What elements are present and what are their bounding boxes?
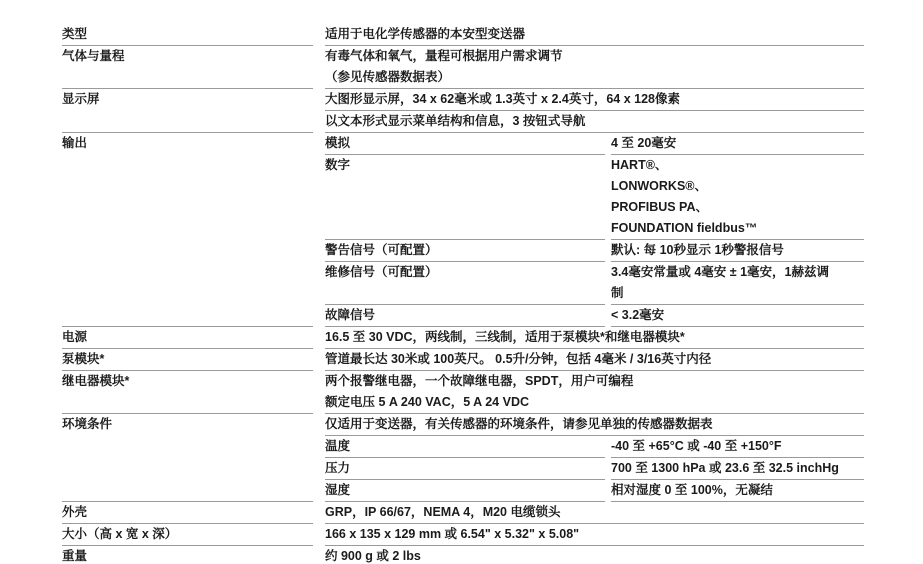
spec-value-housing: GRP，IP 66/67，NEMA 4，M20 电缆锁头 — [325, 502, 864, 524]
spec-row-output: 输出 模拟 4 至 20毫安 数字 HART®、 LONWORKS®、 PROF… — [62, 133, 864, 327]
spec-row-display: 显示屏 大图形显示屏，34 x 62毫米或 1.3英寸 x 2.4英寸，64 x… — [62, 89, 864, 133]
output-analog-row: 模拟 4 至 20毫安 — [325, 133, 864, 155]
spec-row-environment: 环境条件 仅适用于变送器，有关传感器的环境条件，请参见单独的传感器数据表 温度 … — [62, 414, 864, 502]
spec-value-line: 3.4毫安常量或 4毫安 ± 1毫安，1赫兹调 — [611, 262, 864, 283]
spec-value-line: 制 — [611, 283, 864, 304]
spec-label-pump-module: 泵模块* — [62, 349, 313, 371]
environment-temperature-row: 温度 -40 至 +65°C 或 -40 至 +150°F — [325, 436, 864, 458]
environment-temperature-name: 温度 — [325, 436, 605, 458]
spec-value-power: 16.5 至 30 VDC，两线制，三线制，适用于泵模块*和继电器模块* — [325, 327, 864, 349]
output-warning-value: 默认: 每 10秒显示 1秒警报信号 — [611, 240, 864, 262]
spec-label-display: 显示屏 — [62, 89, 313, 133]
spec-label-dimensions: 大小（高 x 宽 x 深） — [62, 524, 313, 546]
spec-value-line: < 3.2毫安 — [611, 305, 864, 326]
spec-label-output: 输出 — [62, 133, 313, 327]
spec-label-environment: 环境条件 — [62, 414, 313, 502]
environment-pressure-value: 700 至 1300 hPa 或 23.6 至 32.5 inchHg — [611, 458, 864, 480]
spec-row-housing: 外壳 GRP，IP 66/67，NEMA 4，M20 电缆锁头 — [62, 502, 864, 524]
spec-value-relay-module: 两个报警继电器，一个故障继电器，SPDT，用户可编程 额定电压 5 A 240 … — [325, 371, 864, 414]
spec-row-power: 电源 16.5 至 30 VDC，两线制，三线制，适用于泵模块*和继电器模块* — [62, 327, 864, 349]
output-analog-name: 模拟 — [325, 133, 605, 155]
spec-value-dimensions: 166 x 135 x 129 mm 或 6.54" x 5.32" x 5.0… — [325, 524, 864, 546]
spec-value-line: PROFIBUS PA、 — [611, 197, 864, 218]
column-gap — [313, 133, 325, 327]
environment-humidity-value: 相对湿度 0 至 100%，无凝结 — [611, 480, 864, 502]
spec-label-housing: 外壳 — [62, 502, 313, 524]
column-gap — [313, 371, 325, 414]
column-gap — [313, 524, 325, 546]
spec-row-gas-range: 气体与量程 有毒气体和氧气，量程可根据用户需求调节 （参见传感器数据表） — [62, 46, 864, 89]
spec-label-gas-range: 气体与量程 — [62, 46, 313, 89]
column-gap — [313, 414, 325, 502]
output-fault-row: 故障信号 < 3.2毫安 — [325, 305, 864, 327]
column-gap — [313, 46, 325, 89]
environment-intro: 仅适用于变送器，有关传感器的环境条件，请参见单独的传感器数据表 — [325, 414, 864, 436]
column-gap — [313, 502, 325, 524]
spec-label-relay-module: 继电器模块* — [62, 371, 313, 414]
spec-row-relay-module: 继电器模块* 两个报警继电器，一个故障继电器，SPDT，用户可编程 额定电压 5… — [62, 371, 864, 414]
column-gap — [313, 89, 325, 133]
output-digital-values: HART®、 LONWORKS®、 PROFIBUS PA、 FOUNDATIO… — [611, 155, 864, 240]
column-gap — [313, 546, 325, 564]
spec-value-pump-module: 管道最长达 30米或 100英尺。 0.5升/分钟，包括 4毫米 / 3/16英… — [325, 349, 864, 371]
spec-value-line: HART®、 — [611, 155, 864, 176]
environment-temperature-value: -40 至 +65°C 或 -40 至 +150°F — [611, 436, 864, 458]
spec-table: 类型 适用于电化学传感器的本安型变送器 气体与量程 有毒气体和氧气，量程可根据用… — [62, 24, 864, 564]
output-analog-value: 4 至 20毫安 — [611, 133, 864, 155]
output-fault-value: < 3.2毫安 — [611, 305, 864, 327]
output-maintenance-value: 3.4毫安常量或 4毫安 ± 1毫安，1赫兹调 制 — [611, 262, 864, 305]
output-warning-row: 警告信号（可配置） 默认: 每 10秒显示 1秒警报信号 — [325, 240, 864, 262]
spec-row-dimensions: 大小（高 x 宽 x 深） 166 x 135 x 129 mm 或 6.54"… — [62, 524, 864, 546]
output-maintenance-row: 维修信号（可配置） 3.4毫安常量或 4毫安 ± 1毫安，1赫兹调 制 — [325, 262, 864, 305]
spec-value-line: 默认: 每 10秒显示 1秒警报信号 — [611, 240, 864, 261]
output-digital-name: 数字 — [325, 155, 605, 240]
spec-value-gas-range: 有毒气体和氧气，量程可根据用户需求调节 （参见传感器数据表） — [325, 46, 864, 89]
spec-value-line: LONWORKS®、 — [611, 176, 864, 197]
column-gap — [313, 327, 325, 349]
spec-value-weight: 约 900 g 或 2 lbs — [325, 546, 864, 564]
spec-label-power: 电源 — [62, 327, 313, 349]
spec-value-display-1: 大图形显示屏，34 x 62毫米或 1.3英寸 x 2.4英寸，64 x 128… — [325, 89, 864, 111]
spec-value-type: 适用于电化学传感器的本安型变送器 — [325, 24, 864, 46]
output-digital-row: 数字 HART®、 LONWORKS®、 PROFIBUS PA、 FOUNDA… — [325, 155, 864, 240]
spec-value-line: 4 至 20毫安 — [611, 133, 864, 154]
spec-row-type: 类型 适用于电化学传感器的本安型变送器 — [62, 24, 864, 46]
environment-humidity-name: 湿度 — [325, 480, 605, 502]
environment-pressure-row: 压力 700 至 1300 hPa 或 23.6 至 32.5 inchHg — [325, 458, 864, 480]
spec-label-type: 类型 — [62, 24, 313, 46]
spec-value-line: FOUNDATION fieldbus™ — [611, 218, 864, 239]
spec-value-line: （参见传感器数据表） — [325, 67, 864, 88]
column-gap — [313, 24, 325, 46]
spec-value-display-2: 以文本形式显示菜单结构和信息，3 按钮式导航 — [325, 111, 864, 133]
environment-pressure-name: 压力 — [325, 458, 605, 480]
spec-value-line: 两个报警继电器，一个故障继电器，SPDT，用户可编程 — [325, 371, 864, 392]
spec-value-line: 额定电压 5 A 240 VAC，5 A 24 VDC — [325, 392, 864, 413]
output-maintenance-name: 维修信号（可配置） — [325, 262, 605, 305]
column-gap — [313, 349, 325, 371]
environment-humidity-row: 湿度 相对湿度 0 至 100%，无凝结 — [325, 480, 864, 502]
spec-row-pump-module: 泵模块* 管道最长达 30米或 100英尺。 0.5升/分钟，包括 4毫米 / … — [62, 349, 864, 371]
spec-row-weight: 重量 约 900 g 或 2 lbs — [62, 546, 864, 564]
output-warning-name: 警告信号（可配置） — [325, 240, 605, 262]
spec-value-line: 有毒气体和氧气，量程可根据用户需求调节 — [325, 46, 864, 67]
spec-label-weight: 重量 — [62, 546, 313, 564]
output-fault-name: 故障信号 — [325, 305, 605, 327]
